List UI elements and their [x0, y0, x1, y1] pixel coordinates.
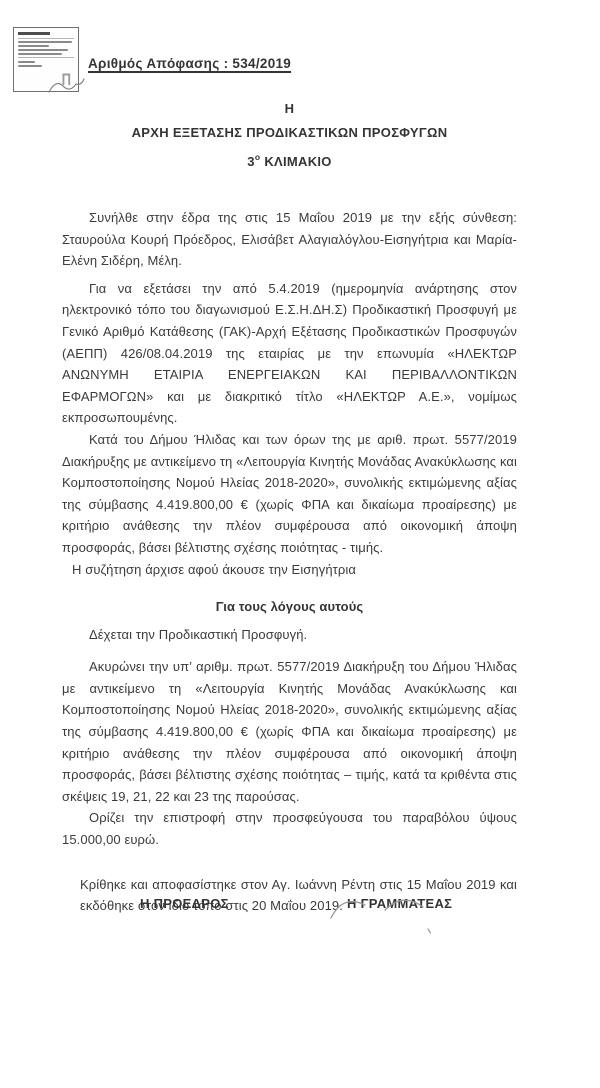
stamp-divider [18, 38, 74, 39]
stamp-text-line [18, 65, 42, 67]
secretary-signature-icon [325, 886, 460, 938]
paragraph-accepts: Δέχεται την Προδικαστική Προσφυγή. [62, 624, 517, 646]
stamp-text-line [18, 41, 72, 43]
stamp-signature-icon [46, 75, 86, 97]
stamp-text-line [18, 45, 49, 47]
chamber-word: ΚΛΙΜΑΚΙΟ [264, 154, 331, 169]
paragraph-appeal-intro: Για να εξετάσει την από 5.4.2019 (ημερομ… [62, 278, 517, 429]
authority-name: ΑΡΧΗ ΕΞΕΤΑΣΗΣ ΠΡΟΔΙΚΑΣΤΙΚΩΝ ΠΡΟΣΦΥΓΩΝ [62, 121, 517, 145]
stamp-text-line [18, 61, 35, 63]
scanned-decision-page: Π Αριθμός Απόφασης : 534/2019 Η ΑΡΧΗ ΕΞΕ… [0, 0, 600, 1088]
stamp-text-line [18, 49, 68, 51]
protocol-stamp: Π [13, 27, 79, 92]
chamber-ordinal: ο [255, 152, 261, 162]
paragraph-fee-refund: Ορίζει την επιστροφή στην προσφεύγουσα τ… [62, 807, 517, 850]
stamp-title-line [18, 32, 50, 35]
paragraph-against: Κατά του Δήμου Ήλιδας και των όρων της μ… [62, 429, 517, 559]
authority-header: Η ΑΡΧΗ ΕΞΕΤΑΣΗΣ ΠΡΟΔΙΚΑΣΤΙΚΩΝ ΠΡΟΣΦΥΓΩΝ … [62, 97, 517, 174]
decision-number: Αριθμός Απόφασης : 534/2019 [88, 56, 291, 71]
stamp-text-line [18, 53, 62, 55]
president-signature-label: Η ΠΡΟΕΔΡΟΣ [140, 896, 229, 911]
header-article: Η [62, 97, 517, 121]
ruling-heading: Για τους λόγους αυτούς [62, 596, 517, 618]
paragraph-annuls: Ακυρώνει την υπ’ αριθμ. πρωτ. 5577/2019 … [62, 656, 517, 807]
decision-body: Συνήλθε στην έδρα της στις 15 Μαΐου 2019… [62, 207, 517, 917]
paragraph-hearing: Η συζήτηση άρχισε αφού άκουσε την Εισηγή… [62, 559, 517, 581]
stamp-divider [18, 57, 74, 58]
chamber-line: 3οΚΛΙΜΑΚΙΟ [62, 145, 517, 174]
paragraph-composition: Συνήλθε στην έδρα της στις 15 Μαΐου 2019… [62, 207, 517, 272]
chamber-number: 3 [247, 154, 255, 169]
